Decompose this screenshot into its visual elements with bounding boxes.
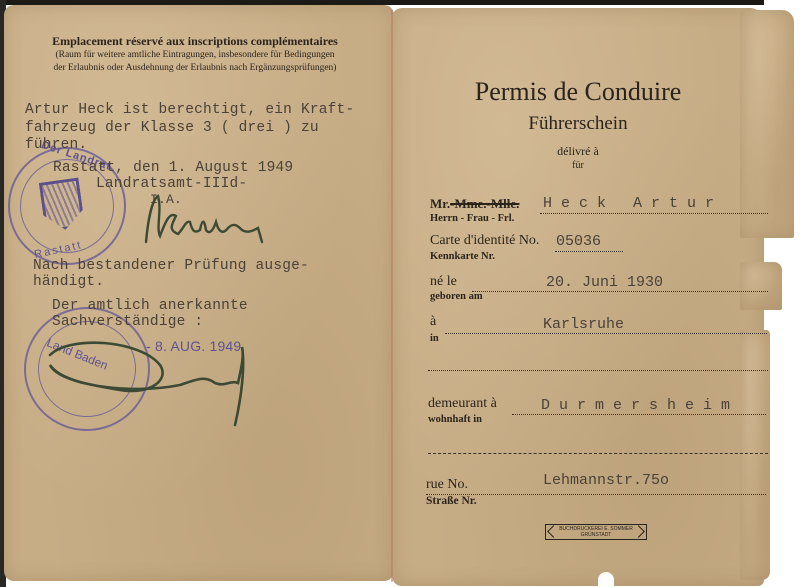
document-title: Permis de Conduire xyxy=(392,77,764,107)
residence-label-de: wohnhaft in xyxy=(428,414,482,425)
street-label-fr: rue No. xyxy=(426,477,468,493)
entry1-line2: fahrzeug der Klasse 3 ( drei ) zu xyxy=(25,120,319,136)
entry1-line1: Artur Heck ist berechtigt, ein Kraft- xyxy=(25,102,354,118)
printer-imprint: BUCHDRUCKEREI E. SOMMER GRÜNSTADT xyxy=(545,524,647,540)
residence-value: D u r m e r s h e i m xyxy=(541,397,730,414)
street-label-de: Straße Nr. xyxy=(426,495,477,507)
born-on-value: 20. Juni 1930 xyxy=(546,274,663,291)
street-value: Lehmannstr.75o xyxy=(543,472,669,489)
blank-field-line-2 xyxy=(428,453,768,454)
entry1-line3: führen. xyxy=(25,137,87,153)
label-mme-mlle-struck: -Mme.-Mlle. xyxy=(450,196,519,211)
blank-field-line xyxy=(428,370,768,371)
residence-field-line xyxy=(512,414,766,415)
born-on-field-line xyxy=(472,291,768,292)
id-card-label-fr: Carte d'identité No. xyxy=(430,233,539,249)
delivered-to-de: für xyxy=(392,160,764,171)
document-subtitle: Führerschein xyxy=(392,113,764,135)
residence-label-fr: demeurant à xyxy=(428,396,497,412)
entry2-line2: händigt. xyxy=(33,274,104,290)
born-on-label-de: geboren am xyxy=(430,291,483,302)
bottom-notch-tear xyxy=(598,572,614,587)
id-card-value: 05036 xyxy=(556,233,601,250)
street-field-line xyxy=(426,494,766,495)
signature-keller-icon xyxy=(138,190,288,250)
left-header-subtitle-1: (Raum für weitere amtliche Eintragungen,… xyxy=(0,50,390,60)
born-in-value: Karlsruhe xyxy=(543,316,624,333)
right-page-edge-lower xyxy=(740,330,770,580)
entry2-line1: Nach bestandener Prüfung ausge- xyxy=(33,258,309,274)
left-header-subtitle-2: der Erlaubnis oder Ausdehnung der Erlaub… xyxy=(0,63,390,73)
born-in-label-fr: à xyxy=(430,314,436,330)
name-value: H e c k A r t u r xyxy=(543,195,714,212)
name-label-fr: Mr.-Mme.-Mlle. xyxy=(430,196,519,212)
name-label-de: Herrn - Frau - Frl. xyxy=(430,213,514,224)
label-mr: Mr. xyxy=(430,196,450,211)
name-field-line xyxy=(540,213,768,214)
signature-expert-icon xyxy=(30,325,260,435)
delivered-to-fr: délivré à xyxy=(392,144,764,159)
left-page xyxy=(4,5,394,581)
left-header-title: Emplacement réservé aux inscriptions com… xyxy=(0,34,390,49)
born-on-label-fr: né le xyxy=(430,274,457,290)
id-card-label-de: Kennkarte Nr. xyxy=(430,251,495,262)
printer-line2: GRÜNSTADT xyxy=(546,532,646,538)
entry1-place-date: Rastatt, den 1. August 1949 xyxy=(53,160,293,176)
entry2-line3: Der amtlich anerkannte xyxy=(52,298,248,314)
born-in-label-de: in xyxy=(430,333,439,344)
born-in-field-line xyxy=(445,333,767,334)
right-page-edge-flap xyxy=(740,262,782,310)
id-card-field-line xyxy=(555,251,623,252)
